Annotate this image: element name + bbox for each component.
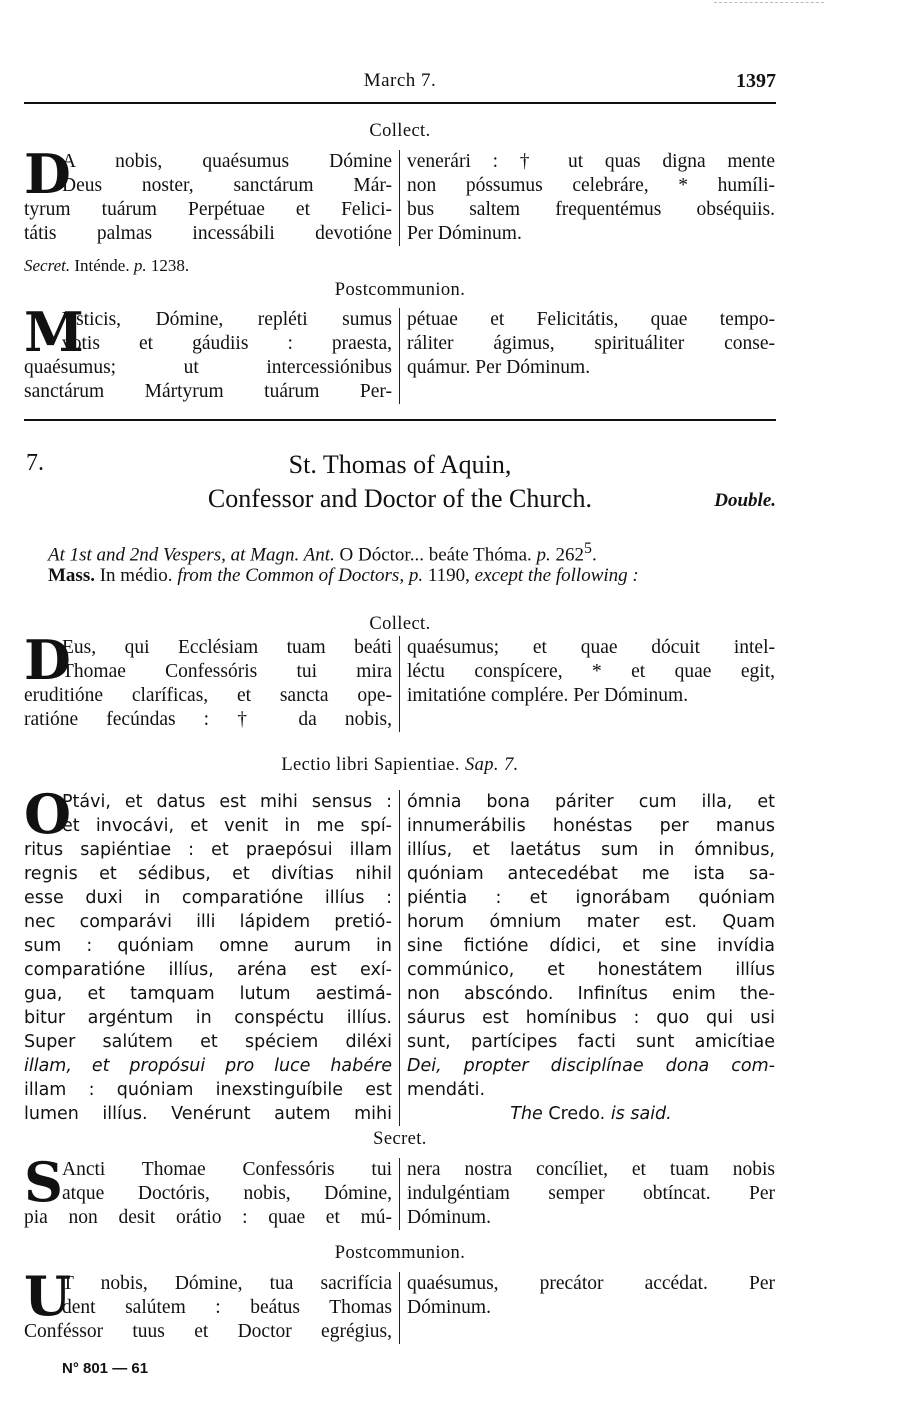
text-line: dent salútem : beátus Thomas <box>24 1296 392 1320</box>
printer-signature: N° 801 — 61 <box>62 1360 148 1377</box>
text-line: tyrum tuárum Perpétuae et Felici- <box>24 198 392 222</box>
section-rule <box>24 419 776 421</box>
postcommunion-prev-right: pétuae et Felicitátis, quae tempo- rálit… <box>400 308 775 404</box>
vespers-rubric: At 1st and 2nd Vespers, at Magn. Ant. O … <box>24 537 800 567</box>
lesson-left: O Ptávi, et datus est mihi sensus : et i… <box>24 790 400 1126</box>
running-title: March 7. <box>24 70 776 92</box>
text-line: Deus noster, sanctárum Már- <box>24 174 392 198</box>
drop-cap: S <box>24 1160 63 1204</box>
collect-prev-body: D A nobis, quaésumus Dómine Deus noster,… <box>24 150 776 246</box>
text-line: Conféssor tuus et Doctor egrégius, <box>24 1320 392 1344</box>
text-line: venerári : † ut quas digna mente <box>407 150 775 174</box>
text-line: quámur. Per Dóminum. <box>407 356 775 380</box>
postcommunion-prev-body: M Ysticis, Dómine, repléti sumus votis e… <box>24 308 776 404</box>
credo-word: Credo. <box>543 1104 611 1124</box>
postcommunion-left: U T nobis, Dómine, tua sacrifícia dent s… <box>24 1272 400 1344</box>
postcommunion-prev-left: M Ysticis, Dómine, repléti sumus votis e… <box>24 308 400 404</box>
credo-is-said: is said. <box>611 1104 672 1124</box>
page-ref: 262 <box>551 544 584 565</box>
vespers-italic: At 1st and 2nd Vespers, at Magn. Ant. <box>48 544 335 565</box>
lesson-body: O Ptávi, et datus est mihi sensus : et i… <box>24 790 776 1126</box>
mass-label: Mass. <box>48 565 95 586</box>
text-line: ratióne fecúndas : † da nobis, <box>24 708 392 732</box>
text-line: sanctárum Mártyrum tuárum Per- <box>24 380 392 404</box>
text-line: Dóminum. <box>407 1296 775 1320</box>
collect-left: D Eus, qui Ecclésiam tuam beáti Thomae C… <box>24 636 400 732</box>
text-line: illíus, et laetátus sum in ómnibus, <box>407 838 775 862</box>
collect-right: quaésumus; et quae dócuit intel- léctu c… <box>400 636 775 732</box>
page-ref: 1238. <box>147 256 190 275</box>
postcommunion-body: U T nobis, Dómine, tua sacrifícia dent s… <box>24 1272 776 1344</box>
collect-prev-left: D A nobis, quaésumus Dómine Deus noster,… <box>24 150 400 246</box>
text-line: indulgéntiam semper obtíncat. Per <box>407 1182 775 1206</box>
feast-title-line1: St. Thomas of Aquin, <box>24 450 776 480</box>
lesson-title: Lectio libri Sapientiae. <box>281 755 460 775</box>
text-line: Dei, propter disciplínae dona com- <box>407 1054 775 1078</box>
text-line: quaésumus, precátor accédat. Per <box>407 1272 775 1296</box>
secret-body: S Ancti Thomae Confessóris tui atque Doc… <box>24 1158 776 1230</box>
text-line: Dóminum. <box>407 1206 775 1230</box>
text-line: comparatióne illíus, aréna est exí- <box>24 958 392 982</box>
text-line: innumerábilis honéstas per manus <box>407 814 775 838</box>
text-line: piéntia : et ignorábam quóniam <box>407 886 775 910</box>
text-line: ráliter ágimus, spirituáliter conse- <box>407 332 775 356</box>
text-line: sum : quóniam omne aurum in <box>24 934 392 958</box>
punctuation: . <box>592 544 597 565</box>
page-superscript: 5 <box>584 540 592 557</box>
collect-prev-right: venerári : † ut quas digna mente non pós… <box>400 150 775 246</box>
secret-text: Inténde. <box>70 256 134 275</box>
text-line: sáurus est homínibus : quo qui usi <box>407 1006 775 1030</box>
collect-heading-prev: Collect. <box>24 121 776 142</box>
secret-right: nera nostra concíliet, et tuam nobis ind… <box>400 1158 775 1230</box>
introit: In médio. <box>95 565 177 586</box>
secret-reference: Secret. Inténde. p. 1238. <box>24 256 189 276</box>
drop-cap: D <box>24 638 71 682</box>
text-line: lumen illíus. Venérunt autem mihi <box>24 1102 392 1126</box>
text-line: nec comparávi illi lápidem pretió- <box>24 910 392 934</box>
text-line: pétuae et Felicitátis, quae tempo- <box>407 308 775 332</box>
text-line: Thomae Confessóris tui mira <box>24 660 392 684</box>
text-line: quaésumus; et quae dócuit intel- <box>407 636 775 660</box>
lesson-reference: Sap. 7. <box>465 755 519 775</box>
text-line: T nobis, Dómine, tua sacrifícia <box>24 1272 392 1296</box>
text-line: Ptávi, et datus est mihi sensus : <box>24 790 392 814</box>
header-rule <box>24 102 776 104</box>
text-line: imitatióne complére. Per Dóminum. <box>407 684 775 708</box>
drop-cap: O <box>24 792 71 836</box>
text-line: non abscóndo. Infinítus enim the- <box>407 982 775 1006</box>
postcommunion-heading: Postcommunion. <box>24 1243 776 1264</box>
text-line: A nobis, quaésumus Dómine <box>24 150 392 174</box>
text-line: non póssumus celebráre, * humíli- <box>407 174 775 198</box>
secret-label: Secret. <box>24 256 70 275</box>
text-line: léctu conspícere, * et quae egit, <box>407 660 775 684</box>
text-line: sunt, partícipes facti sunt amicítiae <box>407 1030 775 1054</box>
page-abbrev: p. <box>537 544 551 565</box>
mass-except: except the following : <box>475 565 639 586</box>
text-line: commúnico, et honestátem illíus <box>407 958 775 982</box>
credo-the: The <box>510 1104 543 1124</box>
text-line: tátis palmas incessábili devotióne <box>24 222 392 246</box>
feast-title-line2: Confessor and Doctor of the Church. <box>24 484 776 514</box>
lesson-heading: Lectio libri Sapientiae. Sap. 7. <box>24 755 776 776</box>
text-line: eruditióne claríficas, et sancta ope- <box>24 684 392 708</box>
text-line: Ancti Thomae Confessóris tui <box>24 1158 392 1182</box>
text-line: illam, et propósui pro luce habére <box>24 1054 392 1078</box>
page-ref: 1190, <box>423 565 475 586</box>
postcommunion-right: quaésumus, precátor accédat. Per Dóminum… <box>400 1272 775 1344</box>
page-number: 1397 <box>736 70 776 93</box>
text-line: quóniam antecedébat me ista sa- <box>407 862 775 886</box>
drop-cap: U <box>24 1274 71 1318</box>
text-line: esse duxi in comparatióne illíus : <box>24 886 392 910</box>
lesson-right: ómnia bona páriter cum illa, et innumerá… <box>400 790 775 1126</box>
collect-heading: Collect. <box>24 614 776 635</box>
text-line: pia non desit orátio : quae et mú- <box>24 1206 392 1230</box>
text-line: horum ómnium mater est. Quam <box>407 910 775 934</box>
text-line: illam : quóniam inexstinguíbile est <box>24 1078 392 1102</box>
text-line: sine fictióne dídici, et sine invídia <box>407 934 775 958</box>
collect-body: D Eus, qui Ecclésiam tuam beáti Thomae C… <box>24 636 776 732</box>
secret-left: S Ancti Thomae Confessóris tui atque Doc… <box>24 1158 400 1230</box>
text-line: Per Dóminum. <box>407 222 775 246</box>
page-abbrev: p. <box>134 256 147 275</box>
text-line: atque Doctóris, nobis, Dómine, <box>24 1182 392 1206</box>
text-line: gua, et tamquam lutum aestimá- <box>24 982 392 1006</box>
text-line: ritus sapiéntiae : et praepósui illam <box>24 838 392 862</box>
text-line: regnis et sédibus, et divítias nihil <box>24 862 392 886</box>
text-line: et invocávi, et venit in me spí- <box>24 814 392 838</box>
secret-heading: Secret. <box>24 1129 776 1150</box>
scan-artifact <box>714 2 824 5</box>
text-line: Super salútem et spéciem diléxi <box>24 1030 392 1054</box>
feast-rank: Double. <box>714 490 776 512</box>
drop-cap: M <box>24 310 84 354</box>
mass-common-ref: from the Common of Doctors, p. <box>177 565 423 586</box>
text-line: bus saltem frequentémus obséquiis. <box>407 198 775 222</box>
text-line: ómnia bona páriter cum illa, et <box>407 790 775 814</box>
mass-rubric: Mass. In médio. from the Common of Docto… <box>24 564 776 588</box>
text-line: nera nostra concíliet, et tuam nobis <box>407 1158 775 1182</box>
postcommunion-heading-prev: Postcommunion. <box>24 280 776 301</box>
vespers-antiphon: O Dóctor... beáte Thóma. <box>335 544 537 565</box>
text-line: bitur argéntum in conspéctu illíus. <box>24 1006 392 1030</box>
credo-rubric: The Credo. is said. <box>407 1102 775 1126</box>
running-head: March 7. 1397 <box>24 70 776 96</box>
text-line: mendáti. <box>407 1078 775 1102</box>
drop-cap: D <box>24 152 71 196</box>
text-line: Eus, qui Ecclésiam tuam beáti <box>24 636 392 660</box>
